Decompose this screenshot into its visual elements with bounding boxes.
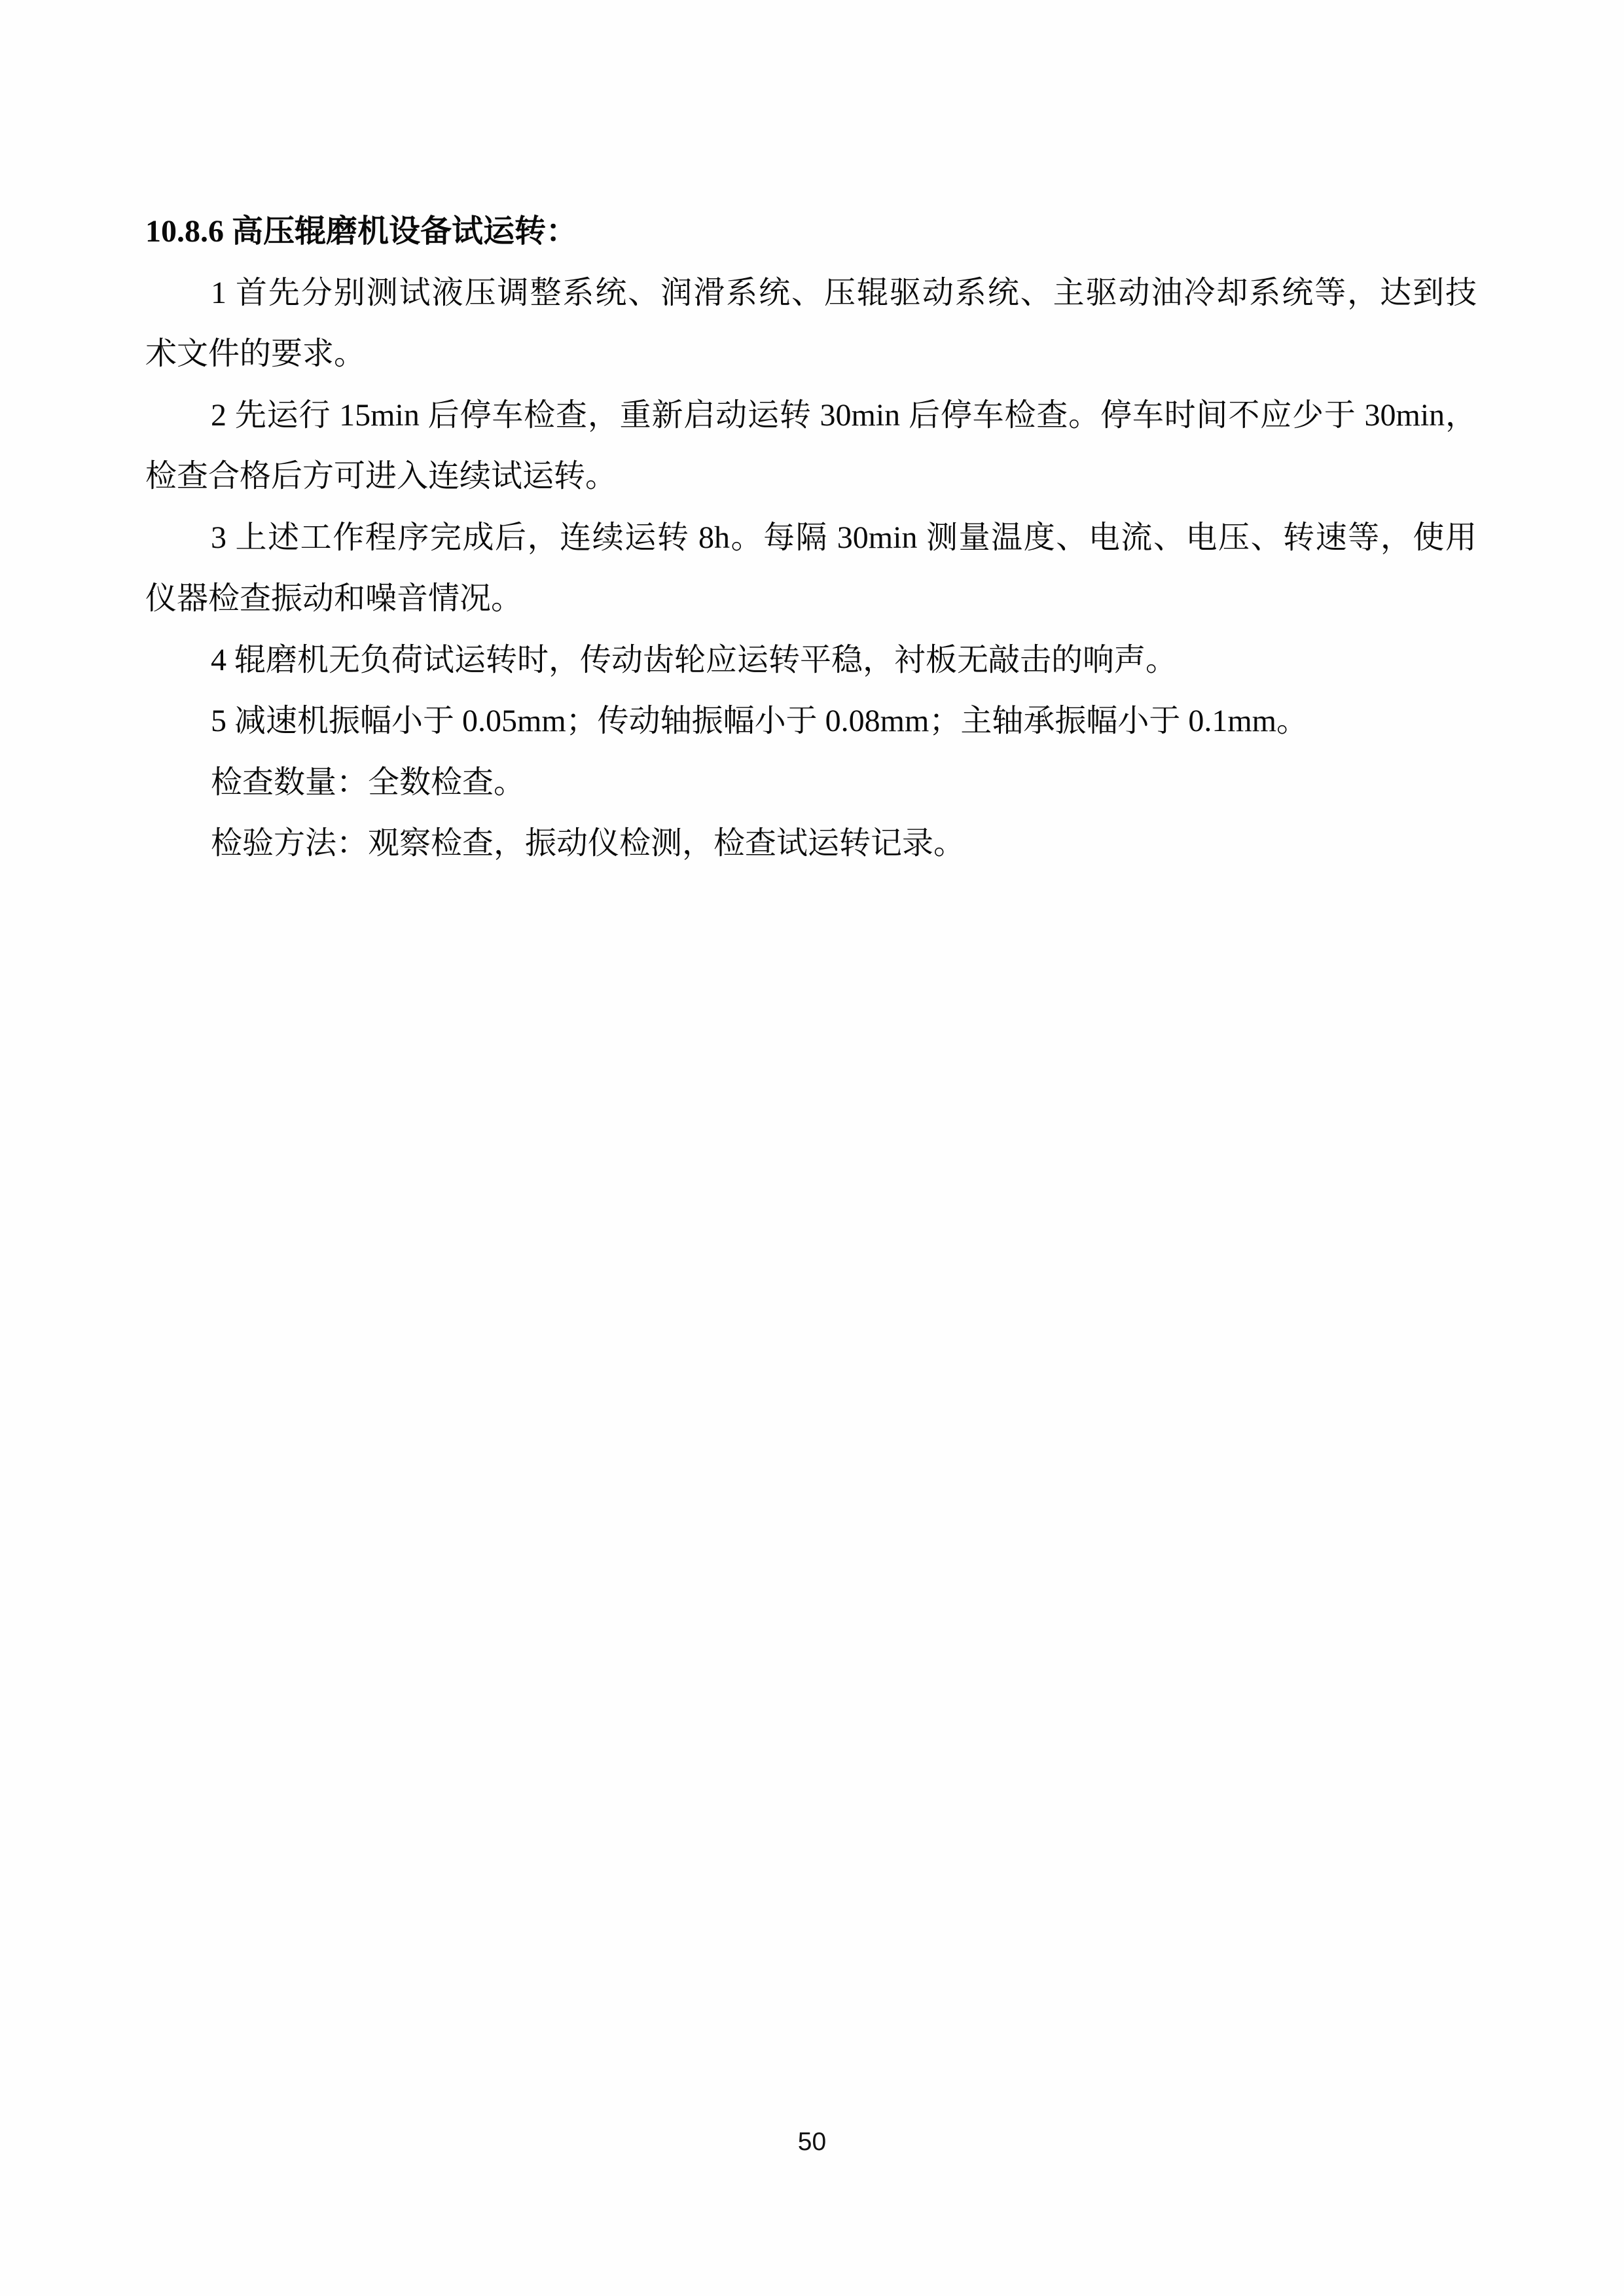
paragraph: 1 首先分别测试液压调整系统、润滑系统、压辊驱动系统、主驱动油冷却系统等，达到技… [145, 262, 1477, 385]
paragraph: 3 上述工作程序完成后，连续运转 8h。每隔 30min 测量温度、电流、电压、… [145, 507, 1477, 630]
paragraph-line: 检查数量：全数检查。 [145, 752, 1477, 814]
paragraph: 检查数量：全数检查。 [145, 752, 1477, 814]
paragraph-line: 2 先运行 15min 后停车检查，重新启动运转 30min 后停车检查。停车时… [145, 385, 1477, 446]
paragraph: 5 减速机振幅小于 0.05mm；传动轴振幅小于 0.08mm；主轴承振幅小于 … [145, 691, 1477, 752]
paragraph: 检验方法：观察检查，振动仪检测，检查试运转记录。 [145, 813, 1477, 874]
paragraph-line: 检验方法：观察检查，振动仪检测，检查试运转记录。 [145, 813, 1477, 874]
document-page: 10.8.6 高压辊磨机设备试运转： 1 首先分别测试液压调整系统、润滑系统、压… [0, 0, 1624, 2296]
paragraph: 2 先运行 15min 后停车检查，重新启动运转 30min 后停车检查。停车时… [145, 385, 1477, 507]
paragraph-line: 仪器检查振动和噪音情况。 [145, 568, 1477, 630]
paragraph-line: 术文件的要求。 [145, 323, 1477, 385]
paragraph-line: 1 首先分别测试液压调整系统、润滑系统、压辊驱动系统、主驱动油冷却系统等，达到技 [145, 262, 1477, 324]
paragraph: 4 辊磨机无负荷试运转时，传动齿轮应运转平稳，衬板无敲击的响声。 [145, 630, 1477, 691]
document-body: 10.8.6 高压辊磨机设备试运转： 1 首先分别测试液压调整系统、润滑系统、压… [145, 201, 1477, 874]
paragraph-line: 5 减速机振幅小于 0.05mm；传动轴振幅小于 0.08mm；主轴承振幅小于 … [145, 691, 1477, 752]
paragraph-line: 4 辊磨机无负荷试运转时，传动齿轮应运转平稳，衬板无敲击的响声。 [145, 630, 1477, 691]
paragraph-line: 检查合格后方可进入连续试运转。 [145, 446, 1477, 507]
paragraph-line: 3 上述工作程序完成后，连续运转 8h。每隔 30min 测量温度、电流、电压、… [145, 507, 1477, 569]
page-number: 50 [0, 2128, 1624, 2156]
paragraphs: 1 首先分别测试液压调整系统、润滑系统、压辊驱动系统、主驱动油冷却系统等，达到技… [145, 262, 1477, 874]
section-heading: 10.8.6 高压辊磨机设备试运转： [145, 201, 1477, 262]
